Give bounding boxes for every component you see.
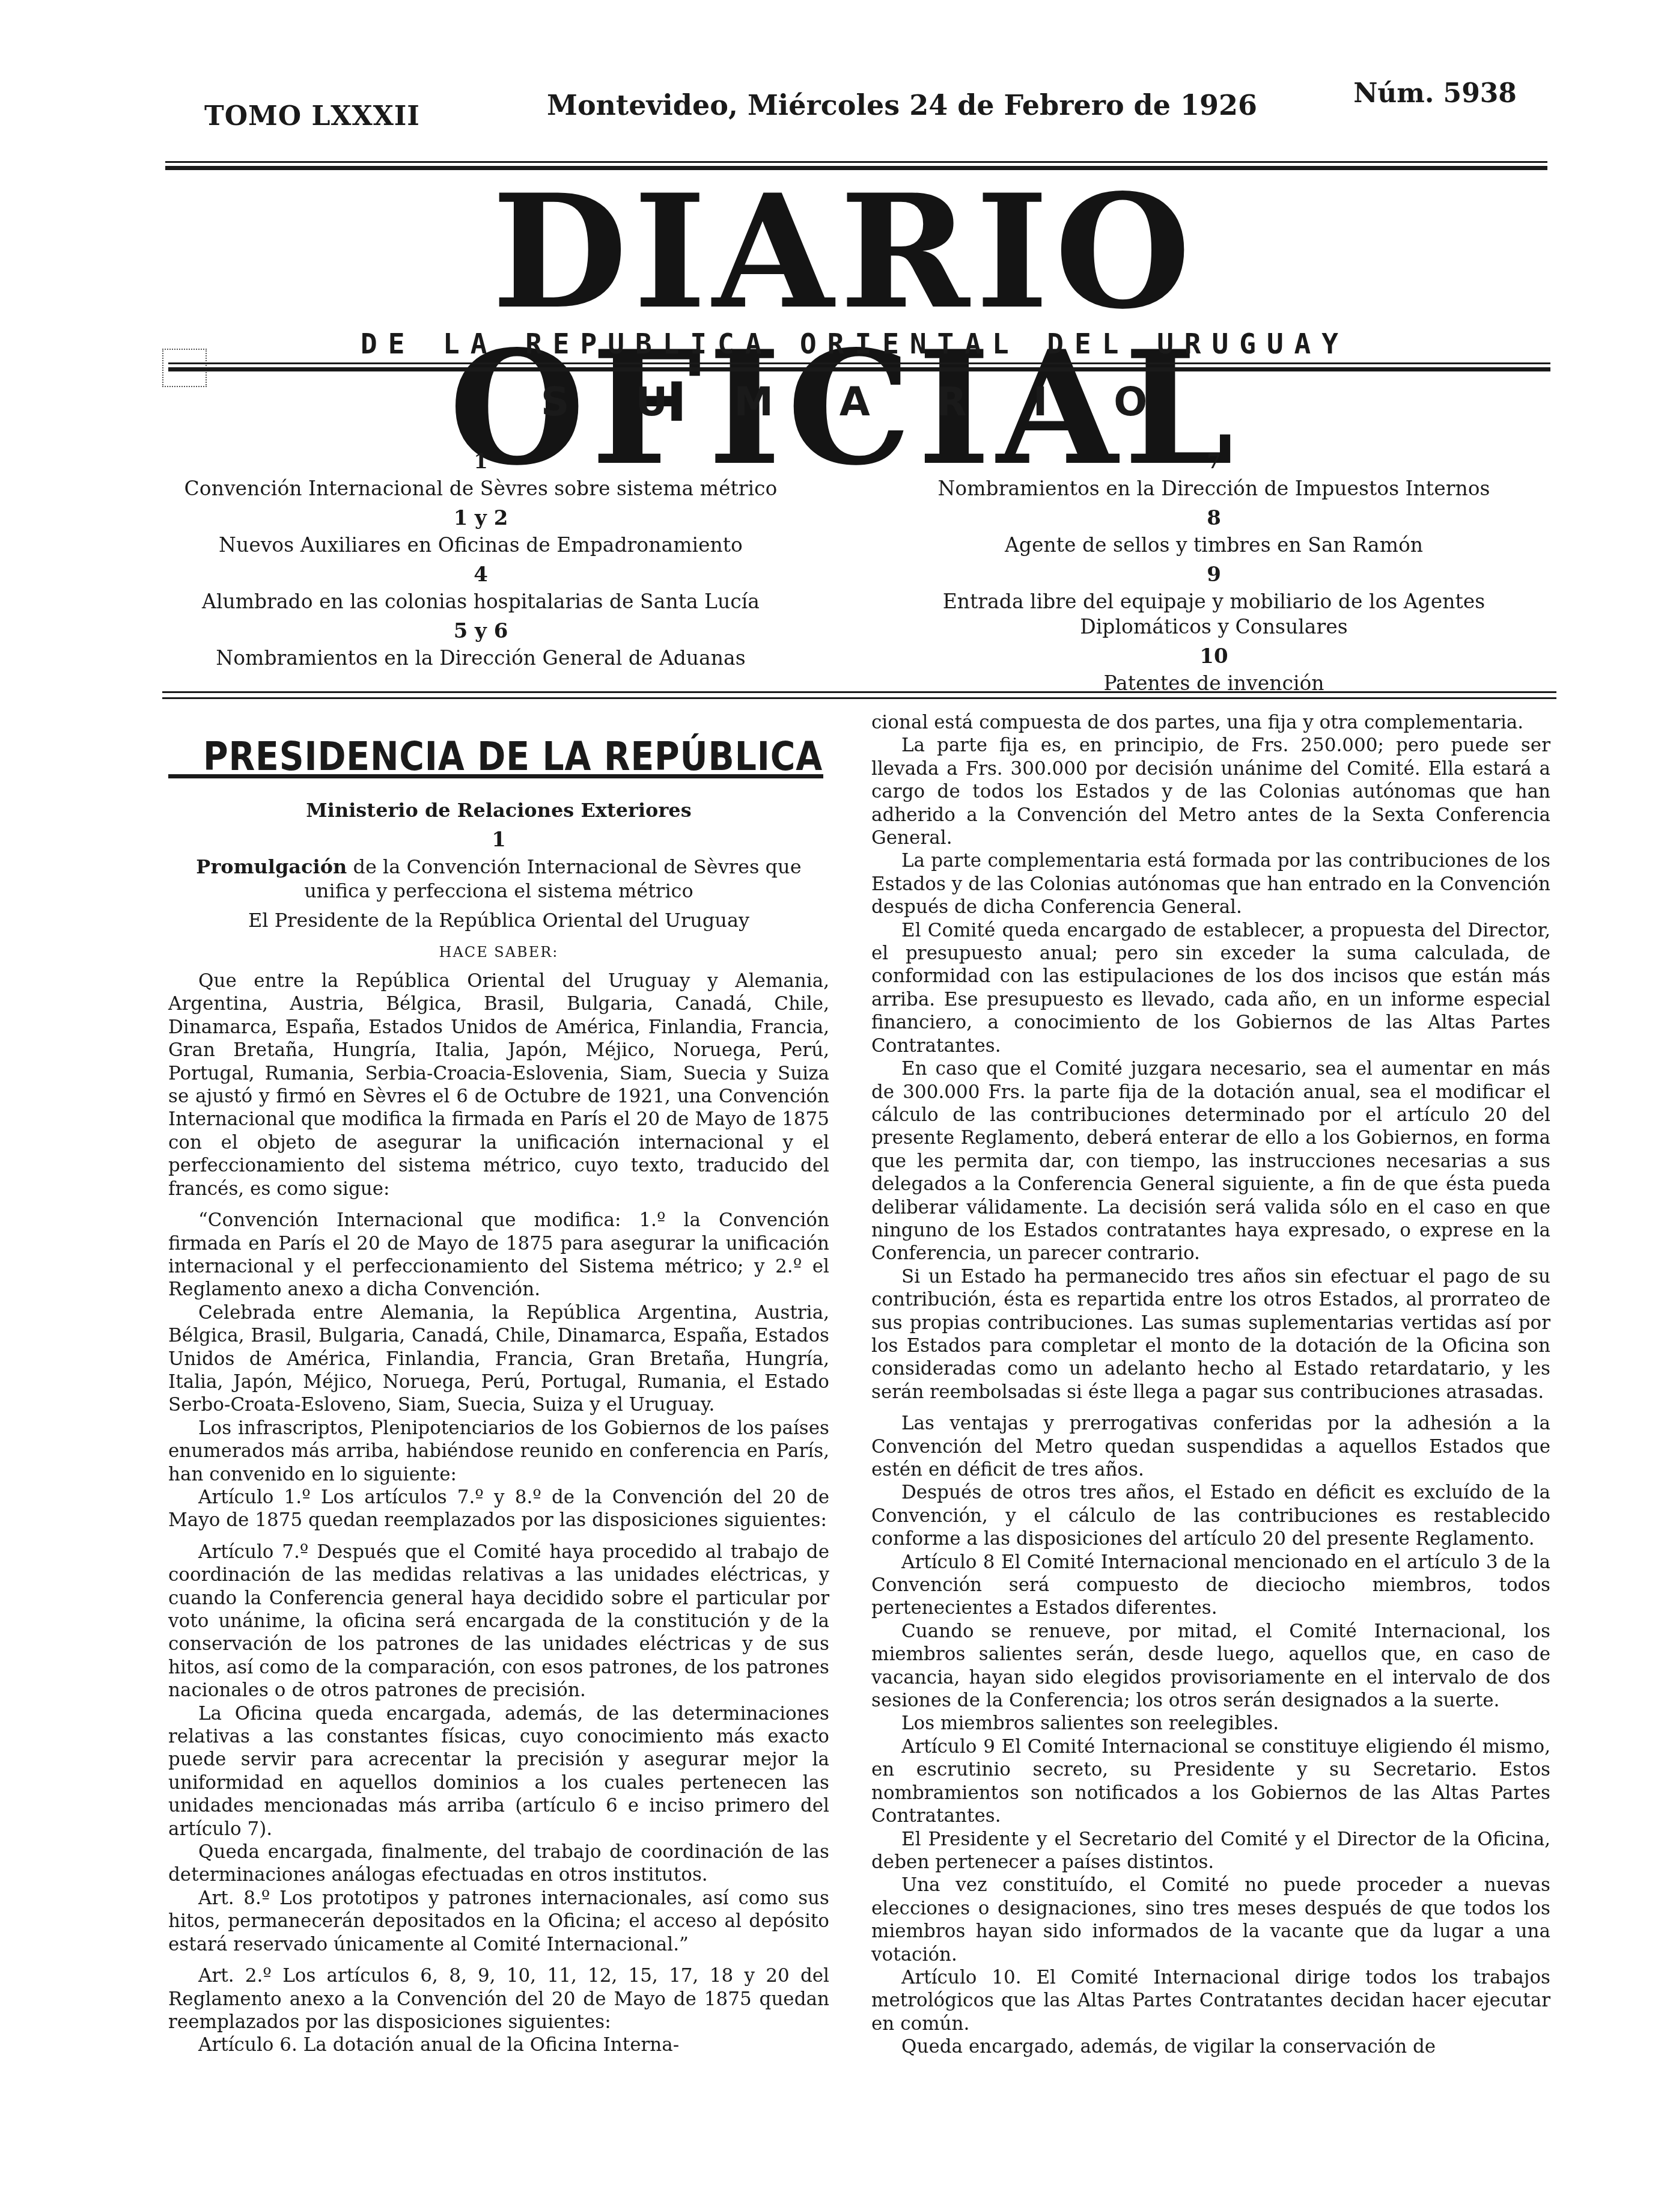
sumario-page: 9 [889, 563, 1538, 587]
paragraph: “Convención Internacional que modifica: … [168, 1209, 829, 1301]
promulgation-rest: de la Convención Internacional de Sèvres… [304, 855, 801, 902]
paragraph: Artículo 10. El Comité Internacional dir… [871, 1966, 1550, 2035]
paragraph: La Oficina queda encargada, además, de l… [168, 1702, 829, 1841]
paragraph: La parte fija es, en principio, de Frs. … [871, 734, 1550, 849]
sumario-page: 1 y 2 [162, 506, 799, 530]
paragraph: El Comité queda encargado de establecer,… [871, 919, 1550, 1057]
sumario-entry: Alumbrado en las colonias hospitalarias … [162, 589, 799, 614]
paragraph: Cuando se renueve, por mitad, el Comité … [871, 1620, 1550, 1712]
sumario-entry: Entrada libre del equipaje y mobiliario … [889, 589, 1538, 640]
issue-info-line: TOMO LXXXII Montevideo, Miércoles 24 de … [204, 84, 1517, 126]
hace-saber: HACE SABER: [168, 941, 829, 964]
paragraph: Artículo 1.º Los artículos 7.º y 8.º de … [168, 1486, 829, 1532]
paragraph: Artículo 9 El Comité Internacional se co… [871, 1735, 1550, 1828]
paragraph: Art. 8.º Los prototipos y patrones inter… [168, 1887, 829, 1956]
promulgation-lead: Promulgación [196, 855, 347, 878]
sumario-title: SUMARIO [541, 379, 1142, 425]
sumario-rule [162, 691, 1556, 693]
issue-number: Núm. 5938 [1353, 78, 1517, 109]
paragraph: Celebrada entre Alemania, la República A… [168, 1301, 829, 1417]
ministry-heading: Ministerio de Relaciones Exteriores [168, 799, 829, 822]
sumario-entry: Nombramientos en la Dirección General de… [162, 646, 799, 671]
paragraph: Queda encargada, finalmente, del trabajo… [168, 1841, 829, 1887]
paragraph: En caso que el Comité juzgara necesario,… [871, 1057, 1550, 1265]
paragraph: Después de otros tres años, el Estado en… [871, 1481, 1550, 1550]
paragraph: La parte complementaria está formada por… [871, 849, 1550, 918]
sumario-page: 10 [889, 644, 1538, 668]
newspaper-page: TOMO LXXXII Montevideo, Miércoles 24 de … [0, 0, 1673, 2212]
sumario-rule-2 [162, 697, 1556, 699]
sumario-entry: Agente de sellos y timbres en San Ramón [889, 533, 1538, 558]
sumario-right-column: 7 Nombramientos en la Dirección de Impue… [889, 445, 1538, 696]
sumario-page: 1 [162, 450, 799, 474]
sumario-entry: Nuevos Auxiliares en Oficinas de Empadro… [162, 533, 799, 558]
paragraph: Artículo 7.º Después que el Comité haya … [168, 1541, 829, 1702]
left-article-column: PRESIDENCIA DE LA REPÚBLICA Ministerio d… [168, 721, 829, 2057]
sumario-page: 4 [162, 563, 799, 587]
paragraph: Que entre la República Oriental del Urug… [168, 970, 829, 1200]
issue-date: Montevideo, Miércoles 24 de Febrero de 1… [547, 89, 1257, 121]
sumario-entry: Convención Internacional de Sèvres sobre… [162, 476, 799, 501]
paragraph: Artículo 8 El Comité Internacional menci… [871, 1551, 1550, 1620]
masthead-rule-thick [168, 367, 1550, 371]
sumario-page: 7 [889, 450, 1538, 474]
paragraph: Si un Estado ha permanecido tres años si… [871, 1265, 1550, 1404]
paragraph: El Presidente y el Secretario del Comité… [871, 1828, 1550, 1874]
item-number: 1 [168, 828, 829, 851]
paragraph: cional está compuesta de dos partes, una… [871, 711, 1550, 734]
paragraph: Las ventajas y prerrogativas conferidas … [871, 1412, 1550, 1481]
right-article-column: cional está compuesta de dos partes, una… [871, 711, 1550, 2059]
paragraph: Una vez constituído, el Comité no puede … [871, 1874, 1550, 1966]
volume-label: TOMO LXXXII [204, 101, 420, 132]
paragraph: Los miembros salientes son reelegibles. [871, 1712, 1550, 1735]
sumario-page: 8 [889, 506, 1538, 530]
paragraph: Artículo 6. La dotación anual de la Ofic… [168, 2033, 829, 2056]
masthead-rule [168, 362, 1550, 364]
promulgation-heading: Promulgación de la Convención Internacio… [168, 855, 829, 903]
sumario-left-column: 1 Convención Internacional de Sèvres sob… [162, 445, 799, 671]
paragraph: Art. 2.º Los artículos 6, 8, 9, 10, 11, … [168, 1964, 829, 2033]
section-title-underline [168, 774, 823, 778]
paragraph: Los infrascriptos, Plenipotenciarios de … [168, 1417, 829, 1486]
section-title: PRESIDENCIA DE LA REPÚBLICA [203, 745, 742, 768]
president-line: El Presidente de la República Oriental d… [168, 909, 829, 932]
masthead-subtitle: DE LA REPUBLICA ORIENTAL DEL URUGUAY [361, 328, 1352, 360]
paragraph: Queda encargado, además, de vigilar la c… [871, 2035, 1550, 2058]
sumario-page: 5 y 6 [162, 619, 799, 643]
sumario-entry: Nombramientos en la Dirección de Impuest… [889, 476, 1538, 501]
